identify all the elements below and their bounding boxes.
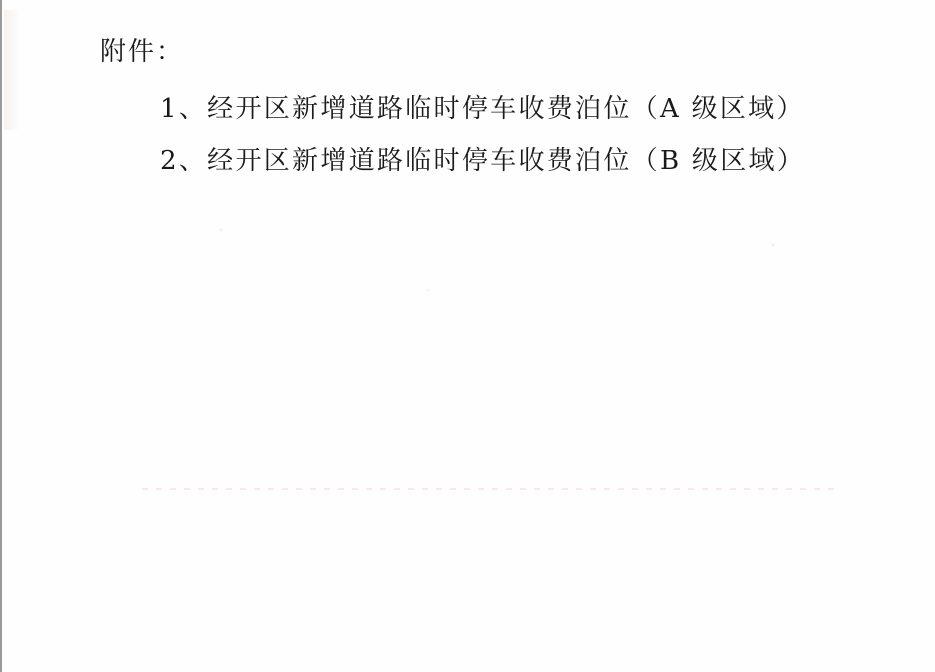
bleed-through-line [142,488,842,490]
document-page: 附件： 1、经开区新增道路临时停车收费泊位（A 级区域） 2、经开区新增道路临时… [0,0,935,672]
attachment-item-b: 2、经开区新增道路临时停车收费泊位（B 级区域） [160,143,805,179]
attachments-heading: 附件： [100,34,184,70]
attachment-item-a: 1、经开区新增道路临时停车收费泊位（A 级区域） [160,91,805,127]
scan-edge-shadow [4,10,20,130]
bleed-through-stamp [152,200,842,350]
